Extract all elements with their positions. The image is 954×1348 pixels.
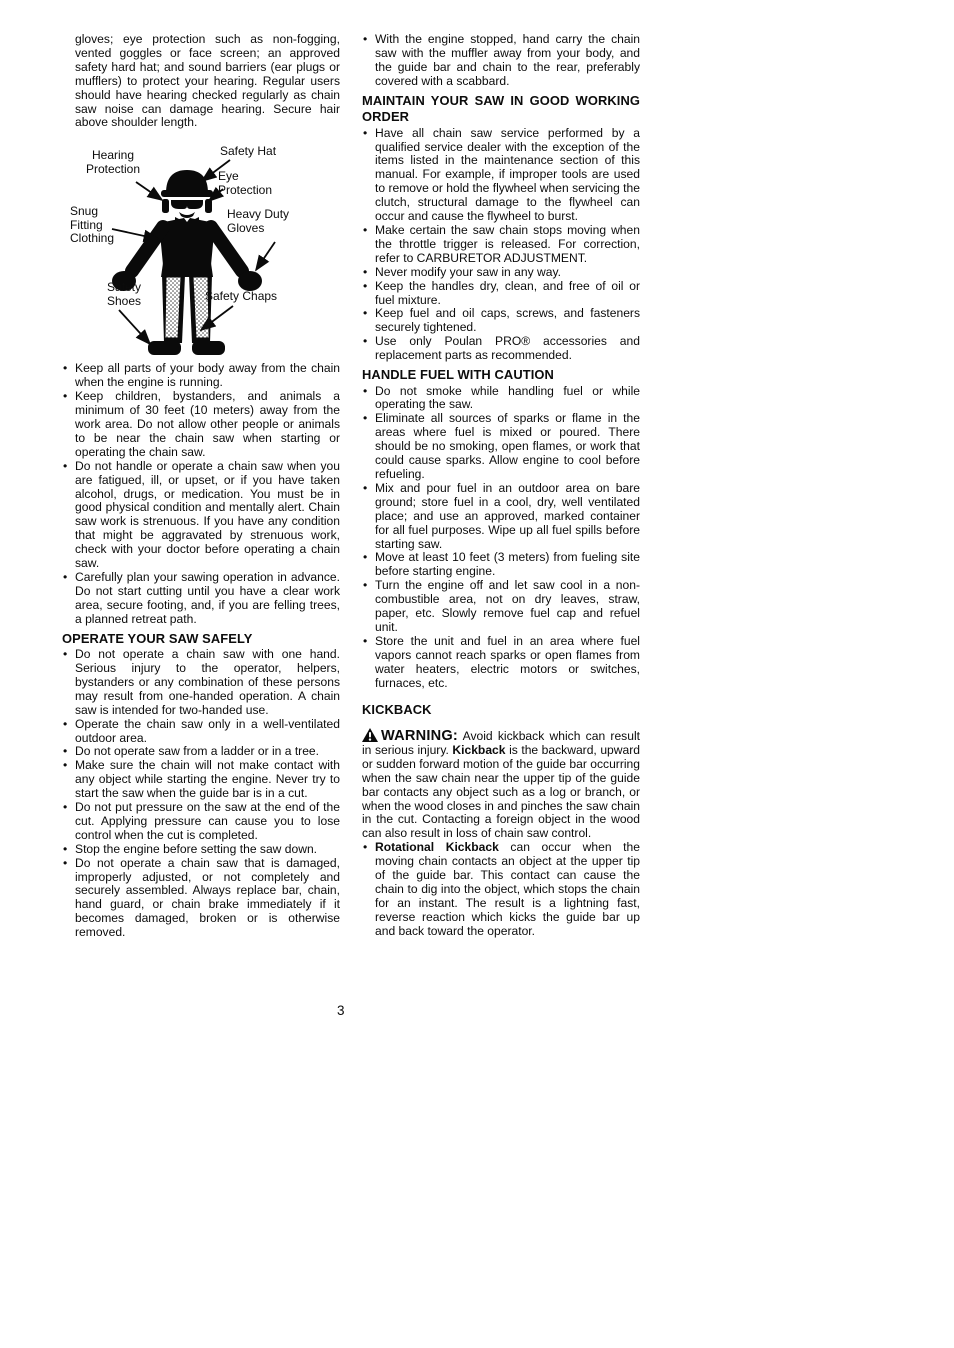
figure-label-safety-hat: Safety Hat [220, 145, 276, 159]
bullet-item: Move at least 10 feet (3 meters) from fu… [362, 551, 640, 579]
bullet-item: Keep fuel and oil caps, screws, and fast… [362, 307, 640, 335]
bullet-item: Use only Poulan PRO® accessories and rep… [362, 335, 640, 363]
figure-label-eye-protection: Eye Protection [218, 170, 272, 197]
bullet-item: Make sure the chain will not make contac… [62, 759, 340, 801]
safety-precautions-list: Keep all parts of your body away from th… [62, 362, 340, 626]
rotational-kickback-bold-lead: Rotational Kickback [375, 840, 499, 854]
kickback-warning-paragraph: WARNING: Avoid kickback which can result… [362, 728, 640, 841]
figure-label-hearing-protection: Hearing Protection [86, 149, 140, 176]
section-heading-operate-your-saw-safely: OPERATE YOUR SAW SAFELY [62, 631, 340, 648]
bullet-item: Do not operate a chain saw with one hand… [62, 648, 340, 718]
bullet-item: Operate the chain saw only in a well-ven… [62, 718, 340, 746]
page-number: 3 [337, 1003, 345, 1018]
handle-fuel-list: Do not smoke while handling fuel or whil… [362, 385, 640, 691]
section-heading-maintain-saw: MAINTAIN YOUR SAW IN GOOD WORKING ORDER [362, 93, 640, 126]
figure-label-heavy-duty-gloves: Heavy Duty Gloves [227, 208, 289, 235]
warning-label: WARNING: [381, 728, 458, 744]
bullet-item: Never modify your saw in any way. [362, 266, 640, 280]
bullet-item: Mix and pour fuel in an outdoor area on … [362, 482, 640, 552]
bullet-item: Turn the engine off and let saw cool in … [362, 579, 640, 635]
bullet-item: Do not put pressure on the saw at the en… [62, 801, 340, 843]
manual-page: gloves; eye protection such as non-foggi… [0, 0, 954, 1348]
bullet-item: Stop the engine before setting the saw d… [62, 843, 340, 857]
carry-saw-list: With the engine stopped, hand carry the … [362, 33, 640, 89]
bullet-item: Have all chain saw service performed by … [362, 127, 640, 224]
maintain-saw-list: Have all chain saw service performed by … [362, 127, 640, 363]
bullet-item: Keep all parts of your body away from th… [62, 362, 340, 390]
bullet-item: Do not handle or operate a chain saw whe… [62, 460, 340, 571]
warning-icon [362, 728, 378, 742]
figure-label-safety-chaps: Safety Chaps [205, 290, 277, 304]
bullet-item: Do not operate a chain saw that is damag… [62, 857, 340, 940]
rotational-kickback-text: can occur when the moving chain contacts… [375, 840, 640, 937]
warning-text-after: is the backward, upward or sudden forwar… [362, 743, 640, 840]
safety-equipment-illustration: Hearing Protection Safety Hat Eye Protec… [62, 144, 340, 357]
bullet-item: Rotational Kickback can occur when the m… [362, 841, 640, 938]
bullet-item: Do not smoke while handling fuel or whil… [362, 385, 640, 413]
kickback-list: Rotational Kickback can occur when the m… [362, 841, 640, 938]
intro-paragraph: gloves; eye protection such as non-foggi… [75, 33, 340, 130]
left-column: gloves; eye protection such as non-foggi… [62, 33, 340, 940]
bullet-item: Keep children, bystanders, and animals a… [62, 390, 340, 460]
bullet-item: Do not operate saw from a ladder or in a… [62, 745, 340, 759]
bullet-item: Store the unit and fuel in an area where… [362, 635, 640, 691]
section-heading-handle-fuel: HANDLE FUEL WITH CAUTION [362, 367, 640, 384]
bullet-item: Eliminate all sources of sparks or flame… [362, 412, 640, 482]
operate-safely-list: Do not operate a chain saw with one hand… [62, 648, 340, 940]
bullet-item: Carefully plan your sawing operation in … [62, 571, 340, 627]
section-heading-kickback: KICKBACK [362, 702, 640, 719]
bullet-item: Make certain the saw chain stops moving … [362, 224, 640, 266]
figure-label-snug-fitting-clothing: Snug Fitting Clothing [70, 205, 114, 246]
warning-kickback-bold: Kickback [452, 743, 505, 757]
figure-label-safety-shoes: Safety Shoes [107, 281, 141, 308]
bullet-item: With the engine stopped, hand carry the … [362, 33, 640, 89]
bullet-item: Keep the handles dry, clean, and free of… [362, 280, 640, 308]
right-column: With the engine stopped, hand carry the … [362, 33, 640, 939]
